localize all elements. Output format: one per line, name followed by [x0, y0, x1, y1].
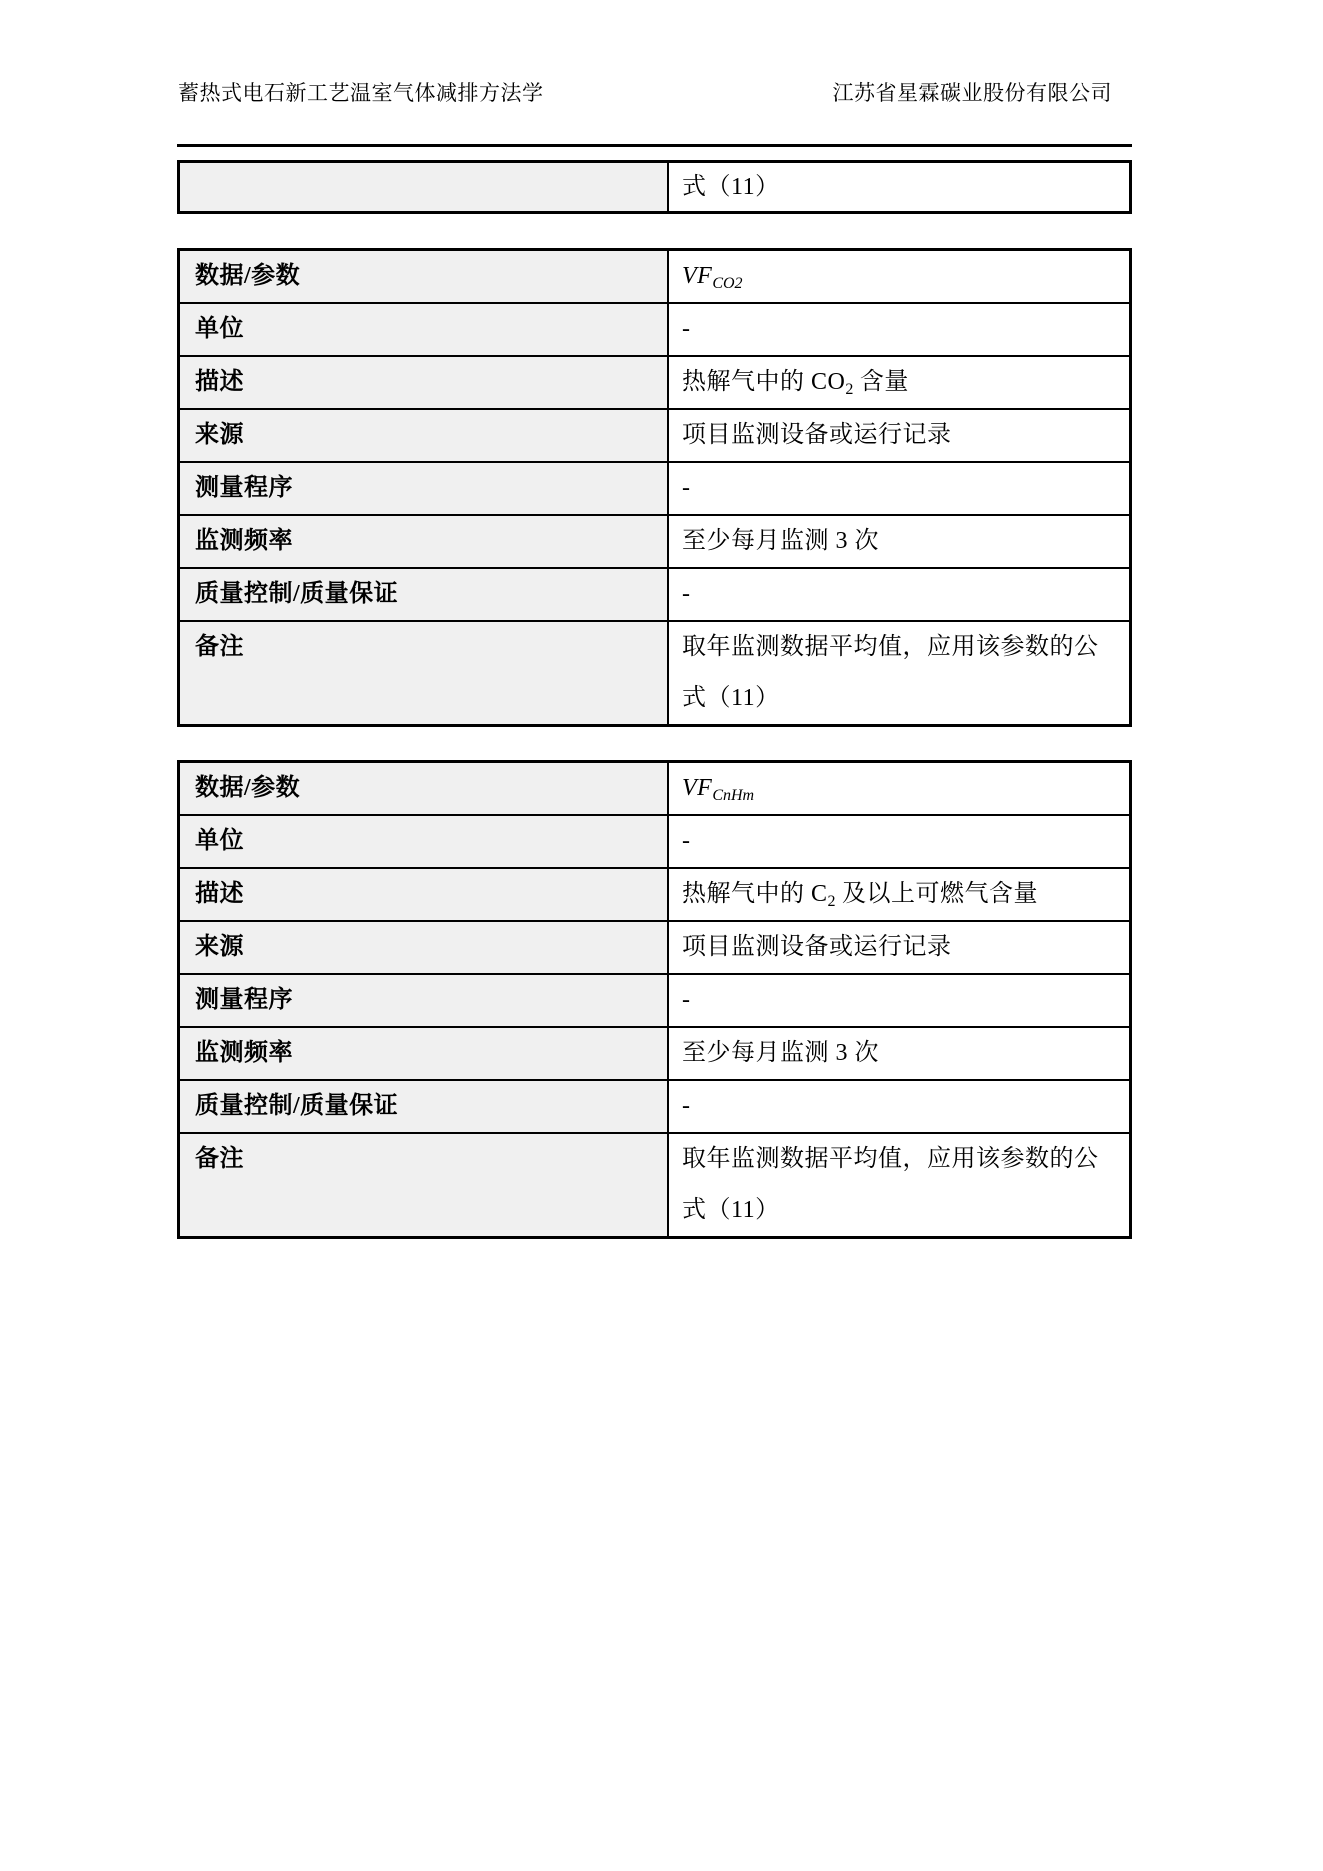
param-value-cell: - [668, 303, 1131, 356]
value-text: VF [682, 775, 712, 801]
param-value-cell: 项目监测设备或运行记录 [668, 409, 1131, 462]
param-label: 备注 [195, 622, 667, 673]
param-label: 描述 [195, 357, 667, 408]
param-value-line: - [682, 304, 1129, 355]
param-value-cell: - [668, 974, 1131, 1027]
continuation-label-cell [179, 162, 669, 213]
param-value-cell: - [668, 1080, 1131, 1133]
subscript-text: 2 [828, 893, 836, 910]
param-value-line: 式（11） [682, 673, 1129, 724]
param-label: 数据/参数 [195, 763, 667, 814]
param-value-cell: 热解气中的 CO2 含量 [668, 356, 1131, 409]
param-label: 来源 [195, 410, 667, 461]
table-row: 式（11） [179, 162, 1131, 213]
table-row: 数据/参数VFCnHm [179, 762, 1131, 816]
param-value-cell: 项目监测设备或运行记录 [668, 921, 1131, 974]
param-label: 监测频率 [195, 516, 667, 567]
param-value-cell: 取年监测数据平均值，应用该参数的公式（11） [668, 1133, 1131, 1238]
value-text: 取年监测数据平均值，应用该参数的公 [682, 1146, 1099, 1172]
param-value-line: 项目监测设备或运行记录 [682, 922, 1129, 973]
subscript-text: CnHm [712, 787, 754, 804]
table-row: 测量程序- [179, 462, 1131, 515]
value-text: 式（11） [682, 685, 780, 711]
parameter-table-cnhm: 数据/参数VFCnHm单位-描述热解气中的 C2 及以上可燃气含量来源项目监测设… [177, 760, 1132, 1239]
subscript-text: 2 [845, 381, 853, 398]
formula-reference: 式（11） [682, 163, 1129, 211]
value-text: 至少每月监测 3 次 [682, 1040, 879, 1066]
param-label-cell: 数据/参数 [179, 762, 669, 816]
param-value-cell: 取年监测数据平均值，应用该参数的公式（11） [668, 621, 1131, 726]
param-value-cell: 至少每月监测 3 次 [668, 1027, 1131, 1080]
table-row: 描述热解气中的 C2 及以上可燃气含量 [179, 868, 1131, 921]
table-row: 描述热解气中的 CO2 含量 [179, 356, 1131, 409]
param-label: 质量控制/质量保证 [195, 1081, 667, 1132]
param-value-line: 热解气中的 CO2 含量 [682, 357, 1129, 408]
param-value-cell: - [668, 815, 1131, 868]
param-label-cell: 备注 [179, 621, 669, 726]
param-label-cell: 测量程序 [179, 974, 669, 1027]
value-text: VF [682, 263, 712, 289]
value-text: 热解气中的 C [682, 881, 828, 907]
param-value-line: 项目监测设备或运行记录 [682, 410, 1129, 461]
param-value-line: - [682, 463, 1129, 514]
value-text: - [682, 316, 691, 342]
param-value-line: - [682, 1081, 1129, 1132]
param-label-cell: 备注 [179, 1133, 669, 1238]
value-text: - [682, 581, 691, 607]
param-value-line: VFCO2 [682, 251, 1129, 302]
param-label: 单位 [195, 816, 667, 867]
param-label-cell: 监测频率 [179, 515, 669, 568]
param-label: 质量控制/质量保证 [195, 569, 667, 620]
param-label: 监测频率 [195, 1028, 667, 1079]
value-text: - [682, 987, 691, 1013]
param-value-cell: - [668, 462, 1131, 515]
continuation-label [195, 163, 667, 211]
table-row: 质量控制/质量保证- [179, 568, 1131, 621]
value-text: 至少每月监测 3 次 [682, 528, 879, 554]
value-text: 式（11） [682, 1197, 780, 1223]
document-page: 蓄热式电石新工艺温室气体减排方法学 江苏省星霖碳业股份有限公司 式（11） 数据… [0, 0, 1323, 1871]
param-value-cell: 至少每月监测 3 次 [668, 515, 1131, 568]
param-label-cell: 来源 [179, 921, 669, 974]
value-text: 项目监测设备或运行记录 [682, 934, 952, 960]
subscript-text: CO2 [712, 275, 742, 292]
table-row: 单位- [179, 815, 1131, 868]
param-value-line: 至少每月监测 3 次 [682, 516, 1129, 567]
param-value-cell: 热解气中的 C2 及以上可燃气含量 [668, 868, 1131, 921]
header-rule [177, 144, 1132, 147]
param-value-line: 至少每月监测 3 次 [682, 1028, 1129, 1079]
param-value-line: - [682, 816, 1129, 867]
value-text: 含量 [853, 369, 909, 395]
param-label-cell: 质量控制/质量保证 [179, 568, 669, 621]
table-row: 来源项目监测设备或运行记录 [179, 921, 1131, 974]
param-value-cell: - [668, 568, 1131, 621]
param-value-cell: VFCnHm [668, 762, 1131, 816]
param-value-line: 热解气中的 C2 及以上可燃气含量 [682, 869, 1129, 920]
header-doc-title: 蓄热式电石新工艺温室气体减排方法学 [178, 77, 544, 107]
table-row: 备注取年监测数据平均值，应用该参数的公式（11） [179, 621, 1131, 726]
param-label-cell: 来源 [179, 409, 669, 462]
param-value-line: VFCnHm [682, 763, 1129, 814]
param-label: 描述 [195, 869, 667, 920]
param-label: 单位 [195, 304, 667, 355]
param-label: 备注 [195, 1134, 667, 1185]
param-value-cell: VFCO2 [668, 250, 1131, 304]
param-label: 测量程序 [195, 463, 667, 514]
param-label-cell: 单位 [179, 815, 669, 868]
param-label-cell: 描述 [179, 868, 669, 921]
continuation-value-cell: 式（11） [668, 162, 1131, 213]
table-row: 监测频率至少每月监测 3 次 [179, 1027, 1131, 1080]
param-value-line: 取年监测数据平均值，应用该参数的公 [682, 622, 1129, 673]
table-row: 备注取年监测数据平均值，应用该参数的公式（11） [179, 1133, 1131, 1238]
value-text: - [682, 475, 691, 501]
table-row: 数据/参数VFCO2 [179, 250, 1131, 304]
parameter-table-co2: 数据/参数VFCO2单位-描述热解气中的 CO2 含量来源项目监测设备或运行记录… [177, 248, 1132, 727]
param-label-cell: 单位 [179, 303, 669, 356]
table-row: 单位- [179, 303, 1131, 356]
param-value-line: 式（11） [682, 1185, 1129, 1236]
param-label: 测量程序 [195, 975, 667, 1026]
header-company-name: 江苏省星霖碳业股份有限公司 [833, 77, 1113, 107]
param-label-cell: 描述 [179, 356, 669, 409]
value-text: 项目监测设备或运行记录 [682, 422, 952, 448]
param-value-line: - [682, 975, 1129, 1026]
table-row: 测量程序- [179, 974, 1131, 1027]
param-label-cell: 质量控制/质量保证 [179, 1080, 669, 1133]
param-value-line: 取年监测数据平均值，应用该参数的公 [682, 1134, 1129, 1185]
value-text: - [682, 1093, 691, 1119]
continuation-table: 式（11） [177, 160, 1132, 214]
value-text: 取年监测数据平均值，应用该参数的公 [682, 634, 1099, 660]
param-value-line: - [682, 569, 1129, 620]
param-label-cell: 测量程序 [179, 462, 669, 515]
param-label: 数据/参数 [195, 251, 667, 302]
value-text: 热解气中的 CO [682, 369, 845, 395]
table-row: 质量控制/质量保证- [179, 1080, 1131, 1133]
value-text: - [682, 828, 691, 854]
param-label-cell: 监测频率 [179, 1027, 669, 1080]
table-row: 来源项目监测设备或运行记录 [179, 409, 1131, 462]
value-text: 及以上可燃气含量 [836, 881, 1039, 907]
param-label-cell: 数据/参数 [179, 250, 669, 304]
param-label: 来源 [195, 922, 667, 973]
table-row: 监测频率至少每月监测 3 次 [179, 515, 1131, 568]
